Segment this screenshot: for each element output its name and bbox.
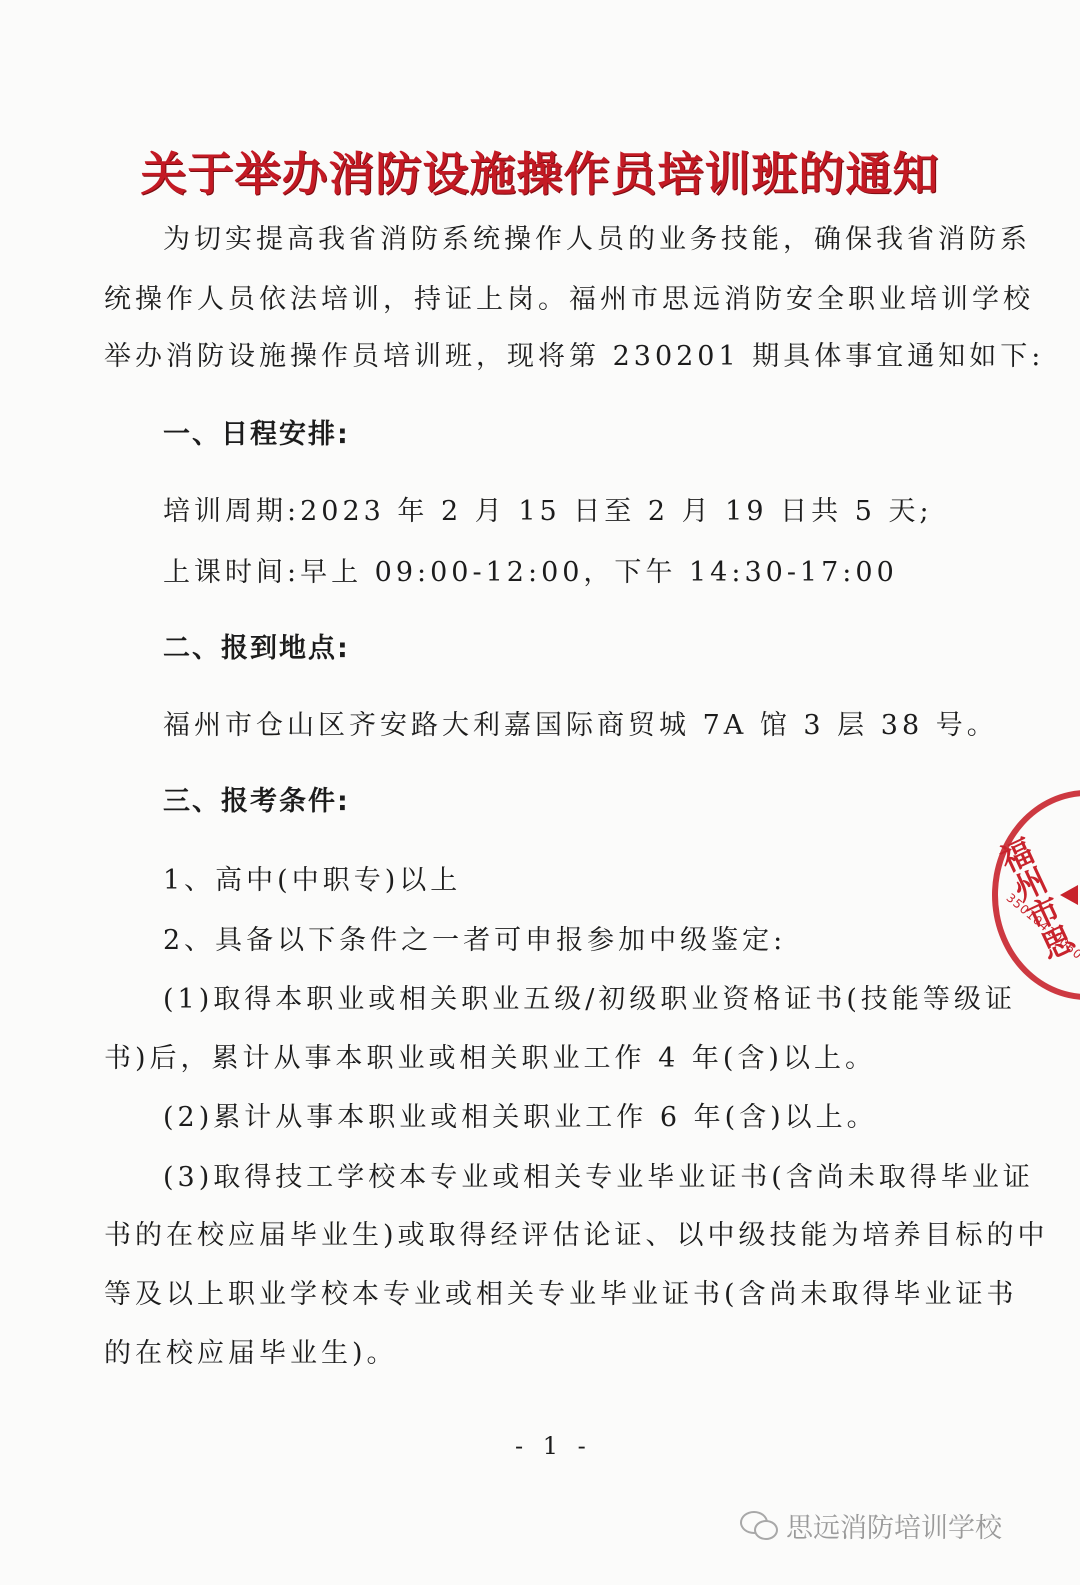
wechat-icon bbox=[740, 1511, 780, 1541]
location-address: 福州市仓山区齐安路大利嘉国际商贸城 7A 馆 3 层 38 号。 bbox=[163, 712, 998, 739]
section-heading-location: 二、报到地点: bbox=[163, 635, 350, 662]
requirement-line: 2、具备以下条件之一者可申报参加中级鉴定: bbox=[163, 927, 786, 954]
section-heading-schedule: 一、日程安排: bbox=[163, 421, 350, 448]
watermark-text: 思远消防培训学校 bbox=[786, 1506, 1002, 1545]
document-page: 关于举办消防设施操作员培训班的通知 为切实提高我省消防系统操作人员的业务技能，确… bbox=[0, 0, 1080, 1585]
requirement-line: (2)累计从事本职业或相关职业工作 6 年(含)以上。 bbox=[163, 1104, 878, 1131]
requirement-line: 书的在校应届毕业生)或取得经评估论证、以中级技能为培养目标的中 bbox=[104, 1222, 1049, 1249]
document-title: 关于举办消防设施操作员培训班的通知 bbox=[0, 138, 1080, 204]
requirement-line: (3)取得技工学校本专业或相关专业毕业证书(含尚未取得毕业证 bbox=[163, 1164, 1034, 1191]
schedule-period: 培训周期:2023 年 2 月 15 日至 2 月 19 日共 5 天; bbox=[163, 498, 933, 525]
requirement-line: 书)后，累计从事本职业或相关职业工作 4 年(含)以上。 bbox=[104, 1045, 876, 1072]
watermark: 思远消防培训学校 bbox=[740, 1506, 1002, 1545]
section-heading-requirements: 三、报考条件: bbox=[163, 788, 350, 815]
seal-star-icon bbox=[1060, 885, 1078, 905]
intro-line: 统操作人员依法培训，持证上岗。福州市思远消防安全职业培训学校 bbox=[104, 286, 1034, 313]
page-number: - 1 - bbox=[515, 1432, 592, 1460]
intro-line: 为切实提高我省消防系统操作人员的业务技能，确保我省消防系 bbox=[163, 226, 1031, 253]
requirement-line: 的在校应届毕业生)。 bbox=[104, 1340, 398, 1367]
requirement-line: 1、高中(中职专)以上 bbox=[163, 867, 461, 894]
intro-line: 举办消防设施操作员培训班，现将第 230201 期具体事宜通知如下: bbox=[104, 343, 1044, 370]
requirement-line: 等及以上职业学校本专业或相关专业毕业证书(含尚未取得毕业证书 bbox=[104, 1281, 1018, 1308]
requirement-line: (1)取得本职业或相关职业五级/初级职业资格证书(技能等级证 bbox=[163, 986, 1016, 1013]
schedule-class-time: 上课时间:早上 09:00-12:00，下午 14:30-17:00 bbox=[163, 559, 898, 586]
